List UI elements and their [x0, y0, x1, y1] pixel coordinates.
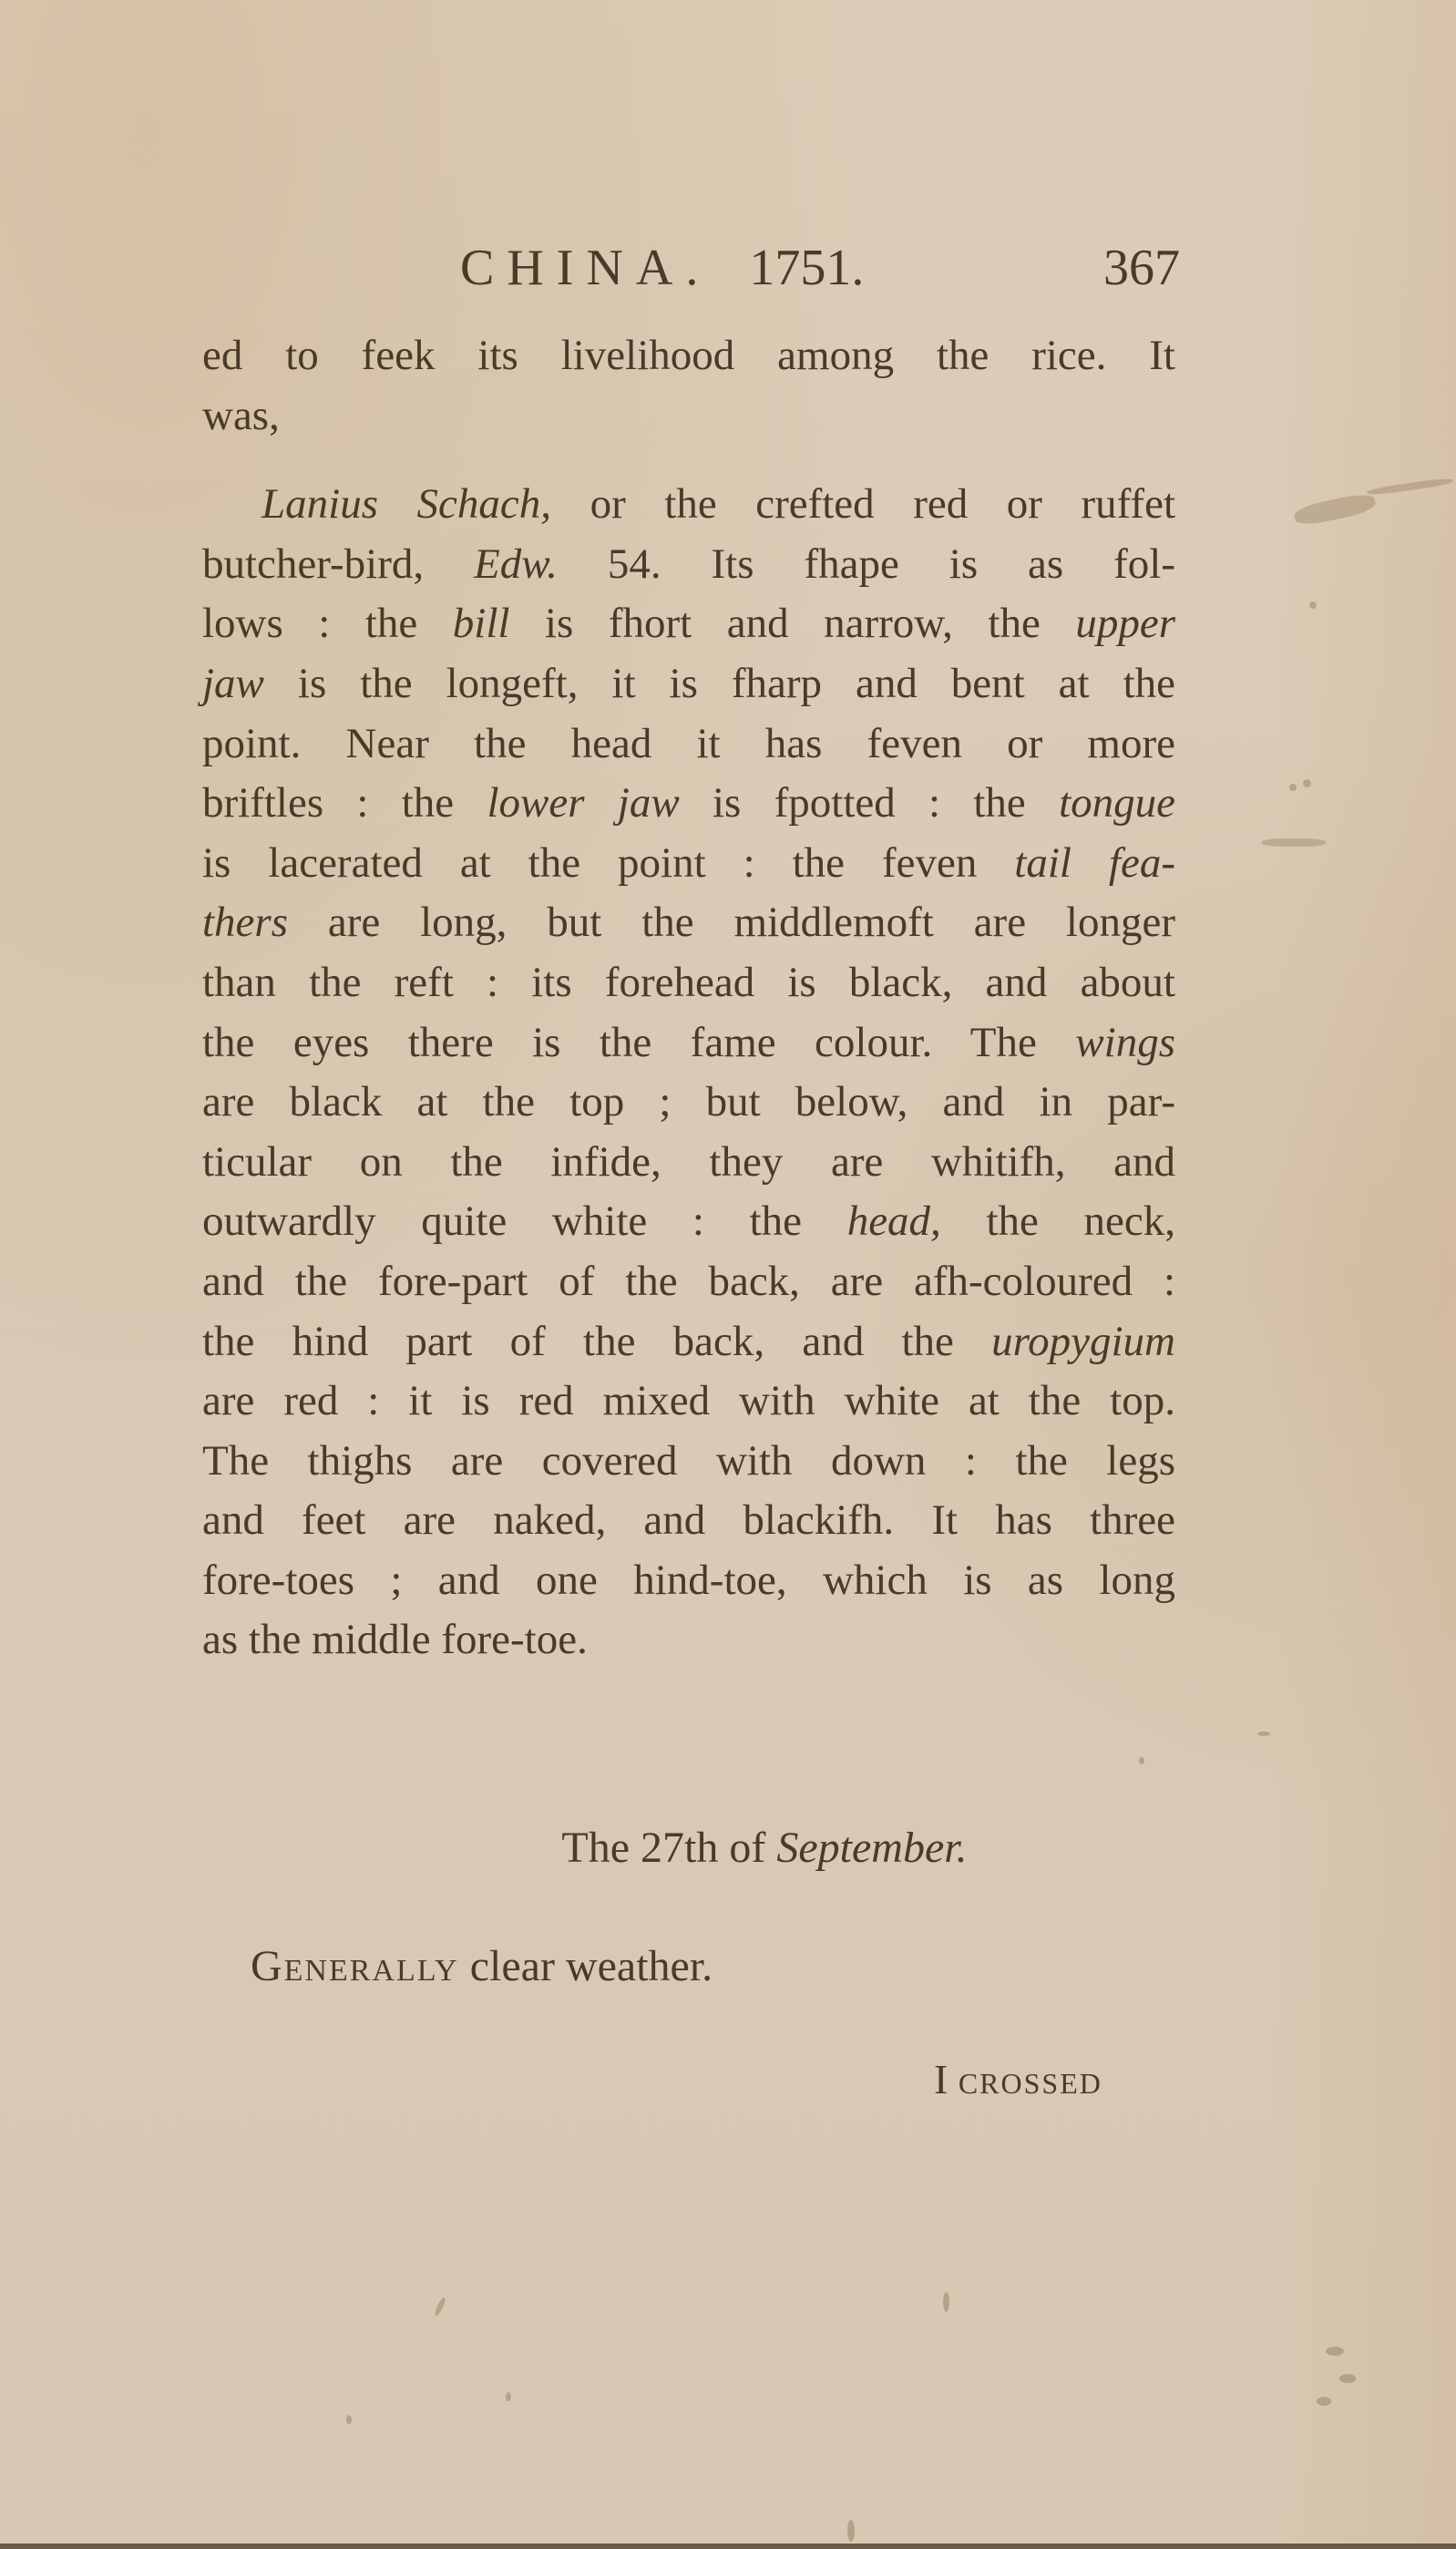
- paper-speck: [1257, 1732, 1270, 1736]
- paper-stain: [1262, 838, 1326, 847]
- paper-speck: [506, 2392, 511, 2401]
- text-span: is fpotted : the: [680, 779, 1059, 827]
- text-span: or the crefted red or ruffet: [551, 480, 1175, 528]
- text-span: is the longeft, it is fharp and bent at …: [264, 660, 1175, 707]
- text-line: butcher-bird, Edw. 54. Its fhape is as f…: [202, 535, 1175, 595]
- catchword: I crossed: [934, 2055, 1102, 2103]
- paper-speck: [1309, 601, 1317, 609]
- running-head-year: 1751.: [749, 240, 864, 296]
- date-heading-month: September.: [776, 1824, 967, 1872]
- paper-speck: [1317, 2397, 1331, 2406]
- text-span: lows : the: [202, 600, 453, 647]
- paper-speck: [847, 2520, 855, 2542]
- body-text: ed to feek its livelihood among the rice…: [202, 326, 1175, 1670]
- text-line: point. Near the head it has feven or mor…: [202, 714, 1175, 775]
- page-edge-shadow: [1274, 0, 1456, 2549]
- text-span: outwardly quite white : the: [202, 1197, 847, 1245]
- paper-speck: [943, 2292, 949, 2312]
- text-line: than the reft : its forehead is black, a…: [202, 953, 1175, 1013]
- text-line: lows : the bill is fhort and narrow, the…: [202, 594, 1175, 654]
- text-line: outwardly quite white : the head, the ne…: [202, 1192, 1175, 1252]
- text-line: is lacerated at the point : the feven ta…: [202, 834, 1175, 894]
- text-line: ed to feek its livelihood among the rice…: [202, 326, 1175, 386]
- term-italic: tail fea-: [1014, 839, 1175, 887]
- term-italic: tongue: [1059, 779, 1175, 827]
- text-line: jaw is the longeft, it is fharp and bent…: [202, 654, 1175, 714]
- term-italic: wings: [1075, 1019, 1175, 1066]
- text-line: was,: [202, 386, 1175, 447]
- date-heading-prefix: The 27th of: [561, 1824, 776, 1872]
- term-italic: upper: [1075, 600, 1175, 647]
- date-heading: The 27th of September.: [0, 1823, 1456, 1873]
- paper-speck: [1303, 779, 1311, 787]
- text-span: the hind part of the back, and the: [202, 1318, 991, 1365]
- text-span: butcher-bird,: [202, 540, 474, 588]
- term-italic: bill: [453, 600, 510, 647]
- text-span: briftles : the: [202, 779, 487, 827]
- text-span: the neck,: [941, 1197, 1175, 1245]
- citation-italic: Edw.: [474, 540, 558, 588]
- paper-speck: [1339, 2374, 1356, 2383]
- paper-speck: [1289, 784, 1297, 791]
- term-italic: uropygium: [991, 1318, 1175, 1365]
- paper-speck: [1139, 1757, 1144, 1764]
- text-span: is lacerated at the point : the feven: [202, 839, 1014, 887]
- catchword-small-caps: crossed: [959, 2056, 1102, 2102]
- entry-small-caps: Generally: [251, 1942, 459, 1990]
- text-span: is fhort and narrow, the: [509, 600, 1075, 647]
- paper-speck: [346, 2415, 352, 2424]
- page-bottom-edge: [0, 2544, 1456, 2549]
- text-line: Lanius Schach, or the crefted red or ruf…: [202, 475, 1175, 535]
- text-span: 54. Its fhape is as fol-: [558, 540, 1175, 588]
- term-italic: lower jaw: [487, 779, 679, 827]
- text-span: the eyes there is the fame colour. The: [202, 1019, 1075, 1066]
- paragraph-gap: [202, 446, 1175, 475]
- text-line: thers are long, but the middlemoft are l…: [202, 893, 1175, 953]
- text-line: ticular on the infide, they are whitifh,…: [202, 1133, 1175, 1193]
- term-italic: jaw: [202, 660, 264, 707]
- text-line: and feet are naked, and blackifh. It has…: [202, 1491, 1175, 1551]
- text-span: are long, but the middlemoft are longer: [288, 899, 1175, 946]
- text-line: The thighs are covered with down : the l…: [202, 1432, 1175, 1492]
- text-line: briftles : the lower jaw is fpotted : th…: [202, 774, 1175, 834]
- paper-speck: [1326, 2347, 1344, 2356]
- text-line: as the middle fore-toe.: [202, 1610, 1175, 1670]
- journal-entry: Generally clear weather.: [251, 1941, 713, 1991]
- running-head: CHINA. 1751. 367: [460, 239, 1180, 297]
- text-line: and the fore-part of the back, are afh-c…: [202, 1252, 1175, 1312]
- text-line: are red : it is red mixed with white at …: [202, 1372, 1175, 1432]
- page-number: 367: [1103, 239, 1180, 297]
- entry-text: clear weather.: [459, 1942, 713, 1990]
- text-line: are black at the top ; but below, and in…: [202, 1073, 1175, 1133]
- catchword-initial: I: [934, 2056, 948, 2102]
- term-italic: head,: [847, 1197, 941, 1245]
- text-line: fore-toes ; and one hind-toe, which is a…: [202, 1551, 1175, 1611]
- text-line: the eyes there is the fame colour. The w…: [202, 1013, 1175, 1074]
- text-line: the hind part of the back, and the uropy…: [202, 1312, 1175, 1372]
- term-italic: thers: [202, 899, 288, 946]
- species-name: Lanius Schach,: [261, 480, 551, 528]
- running-head-title: CHINA.: [460, 240, 711, 296]
